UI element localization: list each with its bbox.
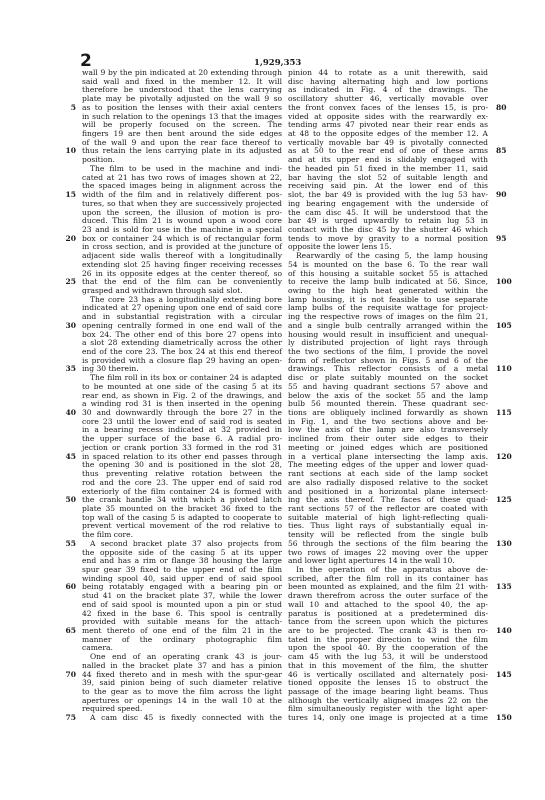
line-number: 45 xyxy=(65,453,76,462)
left-text-column: wall 9 by the pin indicated at 20 extend… xyxy=(82,69,282,723)
line-number: 5 xyxy=(71,104,76,113)
line-number: 125 xyxy=(496,496,512,505)
line-number: 25 xyxy=(65,278,76,287)
line-number: 120 xyxy=(496,453,512,462)
line-number: 50 xyxy=(65,496,76,505)
line-number: 75 xyxy=(65,714,76,723)
line-number: 85 xyxy=(496,147,507,156)
line-number: 105 xyxy=(496,322,512,331)
line-number: 70 xyxy=(65,671,76,680)
text-line: A cam disc 45 is fixedly connected with … xyxy=(82,714,282,723)
right-text-column: pinion 44 to rotate as a unit therewith,… xyxy=(288,69,488,723)
line-number: 135 xyxy=(496,583,512,592)
line-number: 95 xyxy=(496,235,507,244)
line-number: 10 xyxy=(65,147,76,156)
line-number: 20 xyxy=(65,235,76,244)
line-number: 40 xyxy=(65,409,76,418)
line-number: 90 xyxy=(496,191,507,200)
line-number: 55 xyxy=(65,540,76,549)
line-number: 140 xyxy=(496,627,512,636)
line-number: 80 xyxy=(496,104,507,113)
line-number: 30 xyxy=(65,322,76,331)
line-number: 65 xyxy=(65,627,76,636)
line-number: 15 xyxy=(65,191,76,200)
line-number: 100 xyxy=(496,278,512,287)
line-number: 115 xyxy=(496,409,512,418)
line-number: 130 xyxy=(496,540,512,549)
line-number: 60 xyxy=(65,583,76,592)
line-number: 35 xyxy=(65,365,76,374)
line-number: 110 xyxy=(496,365,512,374)
line-number: 145 xyxy=(496,671,512,680)
line-number: 150 xyxy=(496,714,512,723)
text-line: tures 14, only one image is projected at… xyxy=(288,714,488,723)
patent-number: 1,929,353 xyxy=(254,58,301,68)
